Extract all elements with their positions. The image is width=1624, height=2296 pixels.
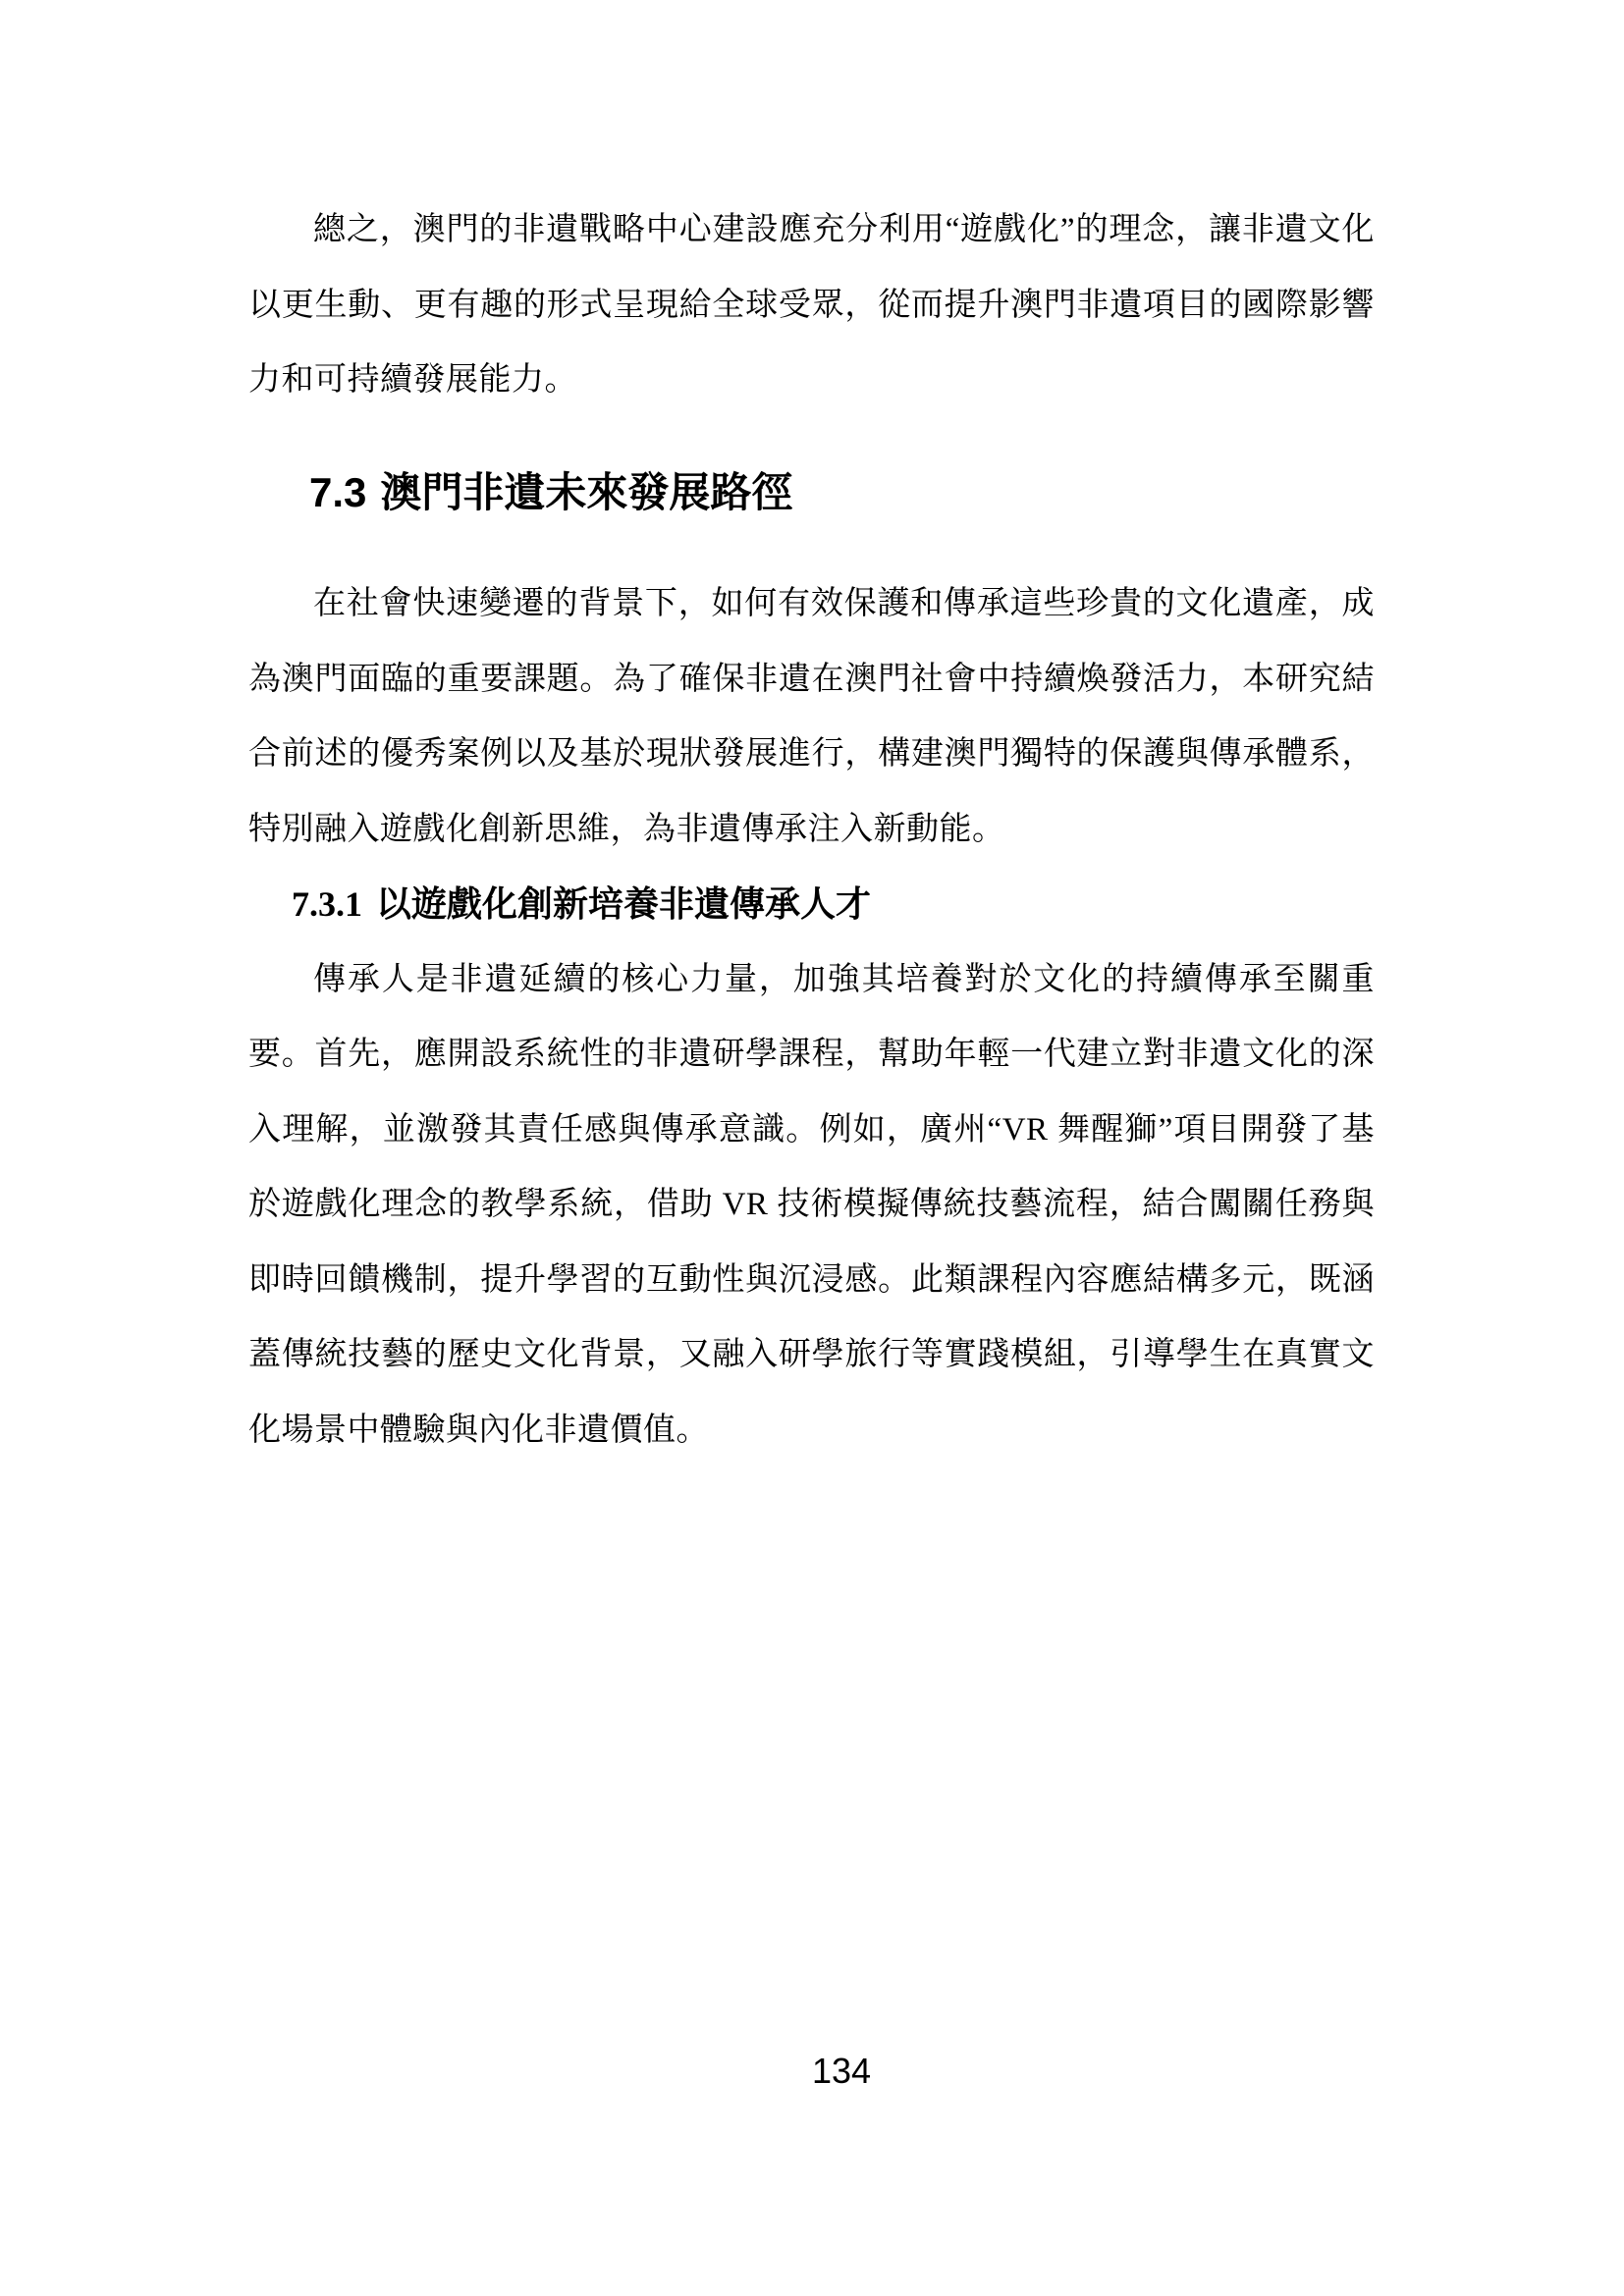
subsection-title: 以遊戲化創新培養非遺傳承人才 [376,884,871,924]
section-title: 澳門非遺未來發展路徑 [380,471,792,516]
document-page: 總之，澳門的非遺戰略中心建設應充分利用“遊戲化”的理念，讓非遺文化以更生動、更有… [0,0,1624,2296]
document-content: 總之，澳門的非遺戰略中心建設應充分利用“遊戲化”的理念，讓非遺文化以更生動、更有… [248,0,1375,1468]
subsection-paragraph: 傳承人是非遺延續的核心力量，加強其培養對於文化的持續傳承至關重要。首先，應開設系… [248,942,1375,1468]
intro-paragraph: 總之，澳門的非遺戰略中心建設應充分利用“遊戲化”的理念，讓非遺文化以更生動、更有… [248,192,1375,418]
subsection-heading: 7.3.1以遊戲化創新培養非遺傳承人才 [292,867,1375,942]
page-number: 134 [29,2050,1624,2093]
section-number: 7.3 [309,469,366,515]
section-paragraph: 在社會快速變遷的背景下，如何有效保護和傳承這些珍貴的文化遺產，成為澳門面臨的重要… [248,566,1375,867]
subsection-number: 7.3.1 [292,884,362,924]
section-heading: 7.3澳門非遺未來發展路徑 [309,455,1375,532]
